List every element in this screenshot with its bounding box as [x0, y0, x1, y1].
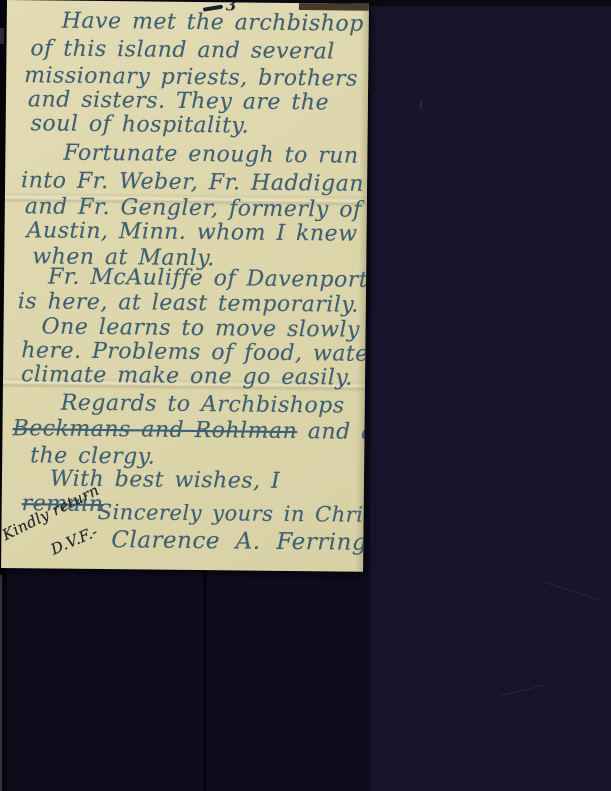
paper-top-edge-shadow: [299, 3, 369, 11]
letter-line: into Fr. Weber, Fr. Haddigan: [21, 168, 364, 197]
letter-page: 3 Have met the archbishop of this island…: [1, 0, 369, 572]
letter-line: of this island and several: [30, 36, 334, 64]
signature: Clarence A. Ferring: [111, 527, 367, 556]
letter-line: soul of hospitality.: [31, 111, 250, 138]
line-rest: and all: [297, 419, 369, 445]
letter-line-struck-names: Beckmans and Rohlman and all: [12, 416, 369, 445]
scan-scratch: [420, 100, 422, 110]
closing-line: Sincerely yours in Christ: [98, 500, 369, 527]
struck-names: Beckmans and Rohlman: [12, 416, 297, 444]
letter-line: Fortunate enough to run: [63, 141, 359, 169]
letter-line: Regards to Archbishops: [61, 391, 345, 419]
letter-line: Austin, Minn. whom I knew: [26, 218, 357, 246]
background-fold-seam: [203, 556, 207, 791]
letter-line: Fr. McAuliffe of Davenport: [48, 264, 368, 292]
letter-line: is here, at least temporarily.: [18, 289, 359, 318]
background-right-zone: [370, 0, 611, 791]
letter-line: the clergy.: [30, 443, 155, 469]
background-left-edge-highlight: [0, 575, 2, 791]
background-left-notch: [0, 28, 4, 44]
letter-line: climate make one go easily.: [21, 362, 353, 390]
annotation-initials: D.V.F.-: [48, 522, 100, 558]
letter-line: Have met the archbishop: [62, 9, 364, 37]
